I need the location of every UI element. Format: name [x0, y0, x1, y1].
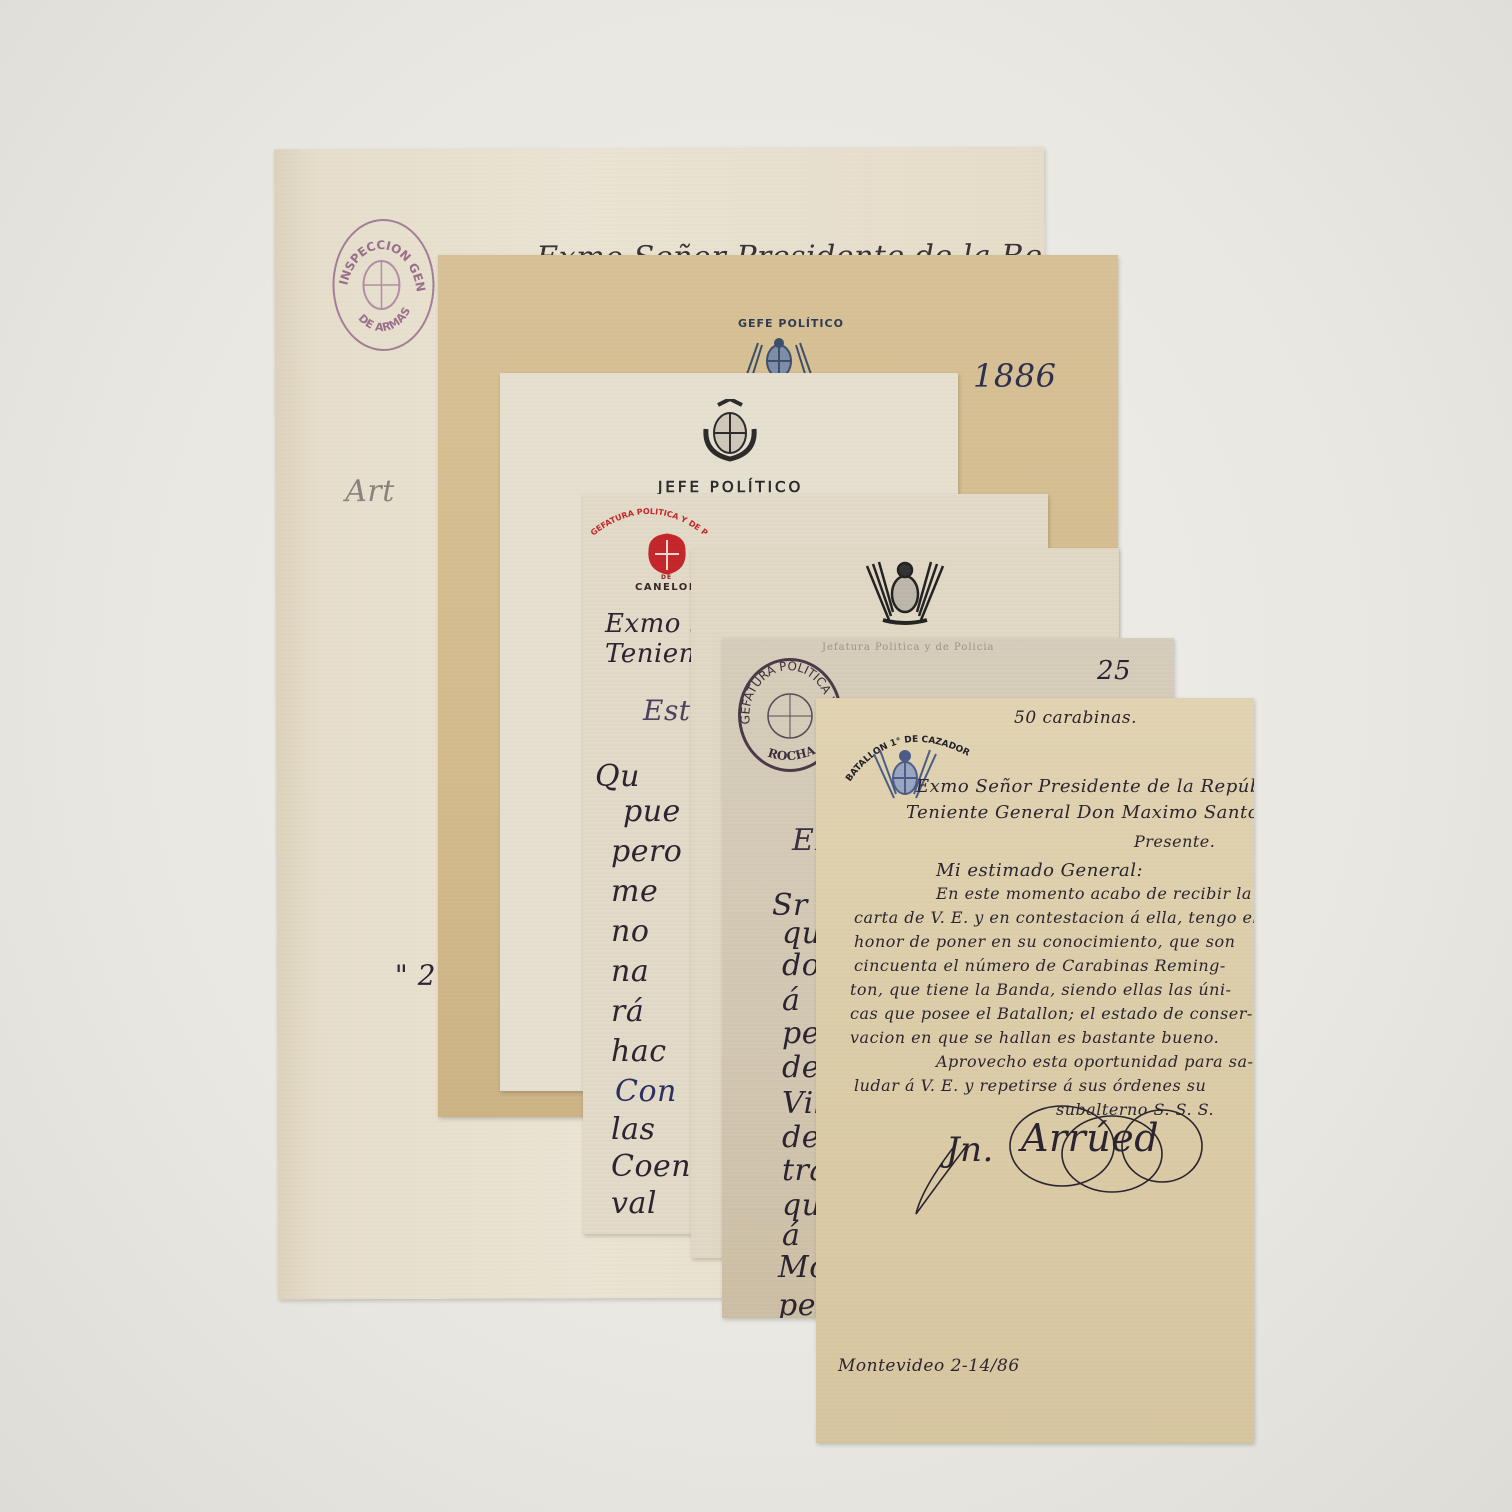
handwriting-line: me — [611, 874, 658, 909]
gefe-letterhead: GEFE POLÍTICO — [738, 317, 844, 330]
body-line: En este momento acabo de recibir la — [936, 884, 1252, 903]
footer-date: Montevideo 2-14/86 — [838, 1356, 1020, 1376]
handwriting-line: Con — [615, 1074, 677, 1109]
body-line: ludar á V. E. y repetirse á sus órdenes … — [854, 1076, 1206, 1095]
coat-of-arms-icon — [645, 530, 689, 576]
handwriting-line: de — [782, 1120, 820, 1155]
handwriting-line: rá — [611, 994, 644, 1029]
handwriting-line: do — [782, 948, 820, 983]
handwriting-line: pue — [623, 794, 681, 829]
handwriting-line: á — [782, 1218, 800, 1253]
handwriting-line: no — [611, 914, 649, 949]
handwriting-line: las — [611, 1112, 655, 1147]
handwriting-line: no — [631, 1226, 667, 1234]
rocha-printed-header: Jefatura Politica y de Policia — [822, 642, 995, 653]
svg-text:INSPECCION GENERAL: INSPECCION GENERAL — [332, 219, 428, 293]
coat-of-arms-icon — [863, 560, 947, 626]
body-line: honor de poner en su conocimiento, que s… — [854, 932, 1235, 951]
inspeccion-line: Art — [345, 474, 395, 509]
handwriting-line: Est — [643, 694, 691, 727]
handwriting-line: val — [611, 1186, 657, 1221]
handwriting-line: á — [782, 983, 800, 1018]
seal-text-top: INSPECCION GENERAL — [332, 219, 428, 293]
handwriting-line: na — [611, 954, 649, 989]
svg-text:ROCHA: ROCHA — [766, 743, 818, 763]
canelones-de: DE — [661, 574, 672, 581]
inspeccion-seal: INSPECCION GENERAL DE ARMAS — [332, 219, 434, 351]
batallon-top-note: 50 carabinas. — [1014, 708, 1137, 728]
body-line: Mi estimado General: — [936, 860, 1143, 881]
handwriting-line: Qu — [595, 759, 640, 794]
body-line: cas que posee el Batallon; el estado de … — [850, 1004, 1253, 1023]
rocha-corner-note: 25 — [1097, 656, 1131, 686]
salutation-line: Presente. — [1134, 832, 1215, 851]
body-line: Aprovecho esta oportunidad para sa- — [936, 1052, 1253, 1071]
gefe-date: 1886 — [973, 357, 1056, 395]
document-batallon: 50 carabinas. BATALLON 1° DE CAZADORES E… — [816, 698, 1254, 1443]
body-line: carta de V. E. y en contestacion á ella,… — [854, 908, 1254, 927]
handwriting-line: Coen — [611, 1149, 691, 1184]
salutation-line: Exmo Señor Presidente de la República — [916, 776, 1254, 797]
handwriting-line: pero — [611, 834, 682, 869]
body-line: cincuenta el número de Carabinas Reming- — [854, 956, 1226, 975]
salutation-line: Teniente General Don Maximo Santos. — [906, 802, 1254, 823]
handwriting-line: hac — [611, 1034, 667, 1069]
coat-of-arms-icon — [700, 399, 760, 463]
body-line: ton, que tiene la Banda, siendo ellas la… — [850, 980, 1232, 999]
body-line: vacion en que se hallan es bastante buen… — [850, 1028, 1219, 1047]
signature-flourish — [912, 1098, 1212, 1218]
